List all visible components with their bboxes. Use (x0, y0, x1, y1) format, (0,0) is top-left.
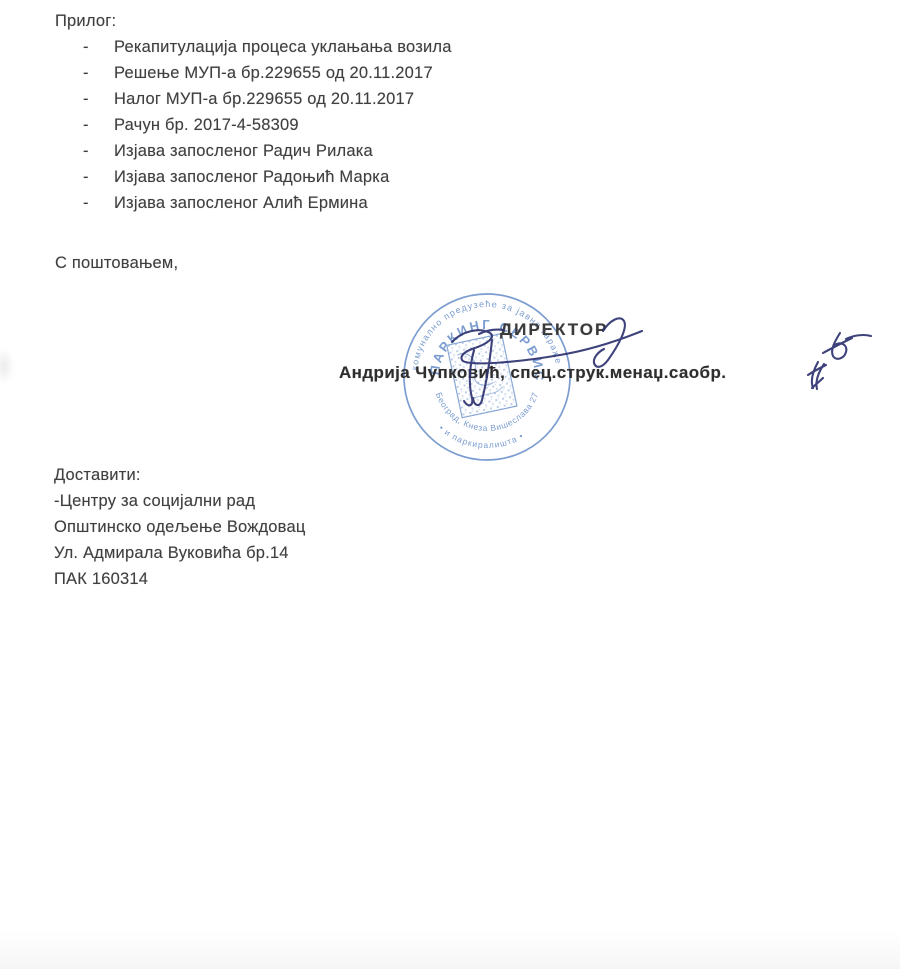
list-item: - Решење МУП-а бр.229655 од 20.11.2017 (55, 60, 452, 86)
salutation-text: С поштовањем, (55, 250, 178, 276)
attachment-text: Изјава запосленог Радоњић Марка (114, 164, 389, 190)
scanned-letter-page: Прилог: - Рекапитулација процеса уклањањ… (0, 0, 900, 969)
paraph-upper-cross (823, 338, 852, 353)
bullet-dash: - (83, 34, 114, 60)
bullet-dash: - (83, 164, 114, 190)
list-item: - Рачун бр. 2017-4-58309 (55, 112, 452, 138)
attachment-text: Налог МУП-а бр.229655 од 20.11.2017 (114, 86, 414, 112)
attachment-text: Рекапитулација процеса уклањања возила (114, 34, 452, 60)
attachment-text: Решење МУП-а бр.229655 од 20.11.2017 (114, 60, 433, 86)
bullet-dash: - (83, 86, 114, 112)
bullet-dash: - (83, 60, 114, 86)
attachment-text: Рачун бр. 2017-4-58309 (114, 112, 299, 138)
bullet-dash: - (83, 138, 114, 164)
list-item: - Рекапитулација процеса уклањања возила (55, 34, 452, 60)
distribution-heading: Доставити: (54, 462, 305, 488)
attachment-text: Изјава запосленог Алић Ермина (114, 190, 368, 216)
attachments-list: - Рекапитулација процеса уклањања возила… (55, 34, 452, 216)
distribution-line: -Центру за социјални рад (54, 488, 305, 514)
list-item: - Изјава запосленог Алић Ермина (55, 190, 452, 216)
bullet-dash: - (83, 190, 114, 216)
distribution-line: Општинско одељење Вождовац (54, 514, 305, 540)
distribution-line: Ул. Адмирала Вуковића бр.14 (54, 540, 305, 566)
signature-scrawl (452, 330, 642, 363)
handwritten-signature (400, 290, 880, 415)
bullet-dash: - (83, 112, 114, 138)
list-item: - Изјава запосленог Радич Рилака (55, 138, 452, 164)
attachment-text: Изјава запосленог Радич Рилака (114, 138, 373, 164)
list-item: - Налог МУП-а бр.229655 од 20.11.2017 (55, 86, 452, 112)
scan-artifact (0, 348, 14, 384)
attachments-section: Прилог: - Рекапитулација процеса уклањањ… (55, 8, 452, 216)
distribution-line: ПАК 160314 (54, 566, 305, 592)
attachments-heading: Прилог: (55, 8, 452, 34)
distribution-section: Доставити: -Центру за социјални рад Општ… (54, 462, 305, 592)
signature-descender (464, 350, 474, 405)
list-item: - Изјава запосленог Радоњић Марка (55, 164, 452, 190)
paraph-lower-cross (808, 365, 826, 375)
signature-descender (473, 340, 492, 405)
